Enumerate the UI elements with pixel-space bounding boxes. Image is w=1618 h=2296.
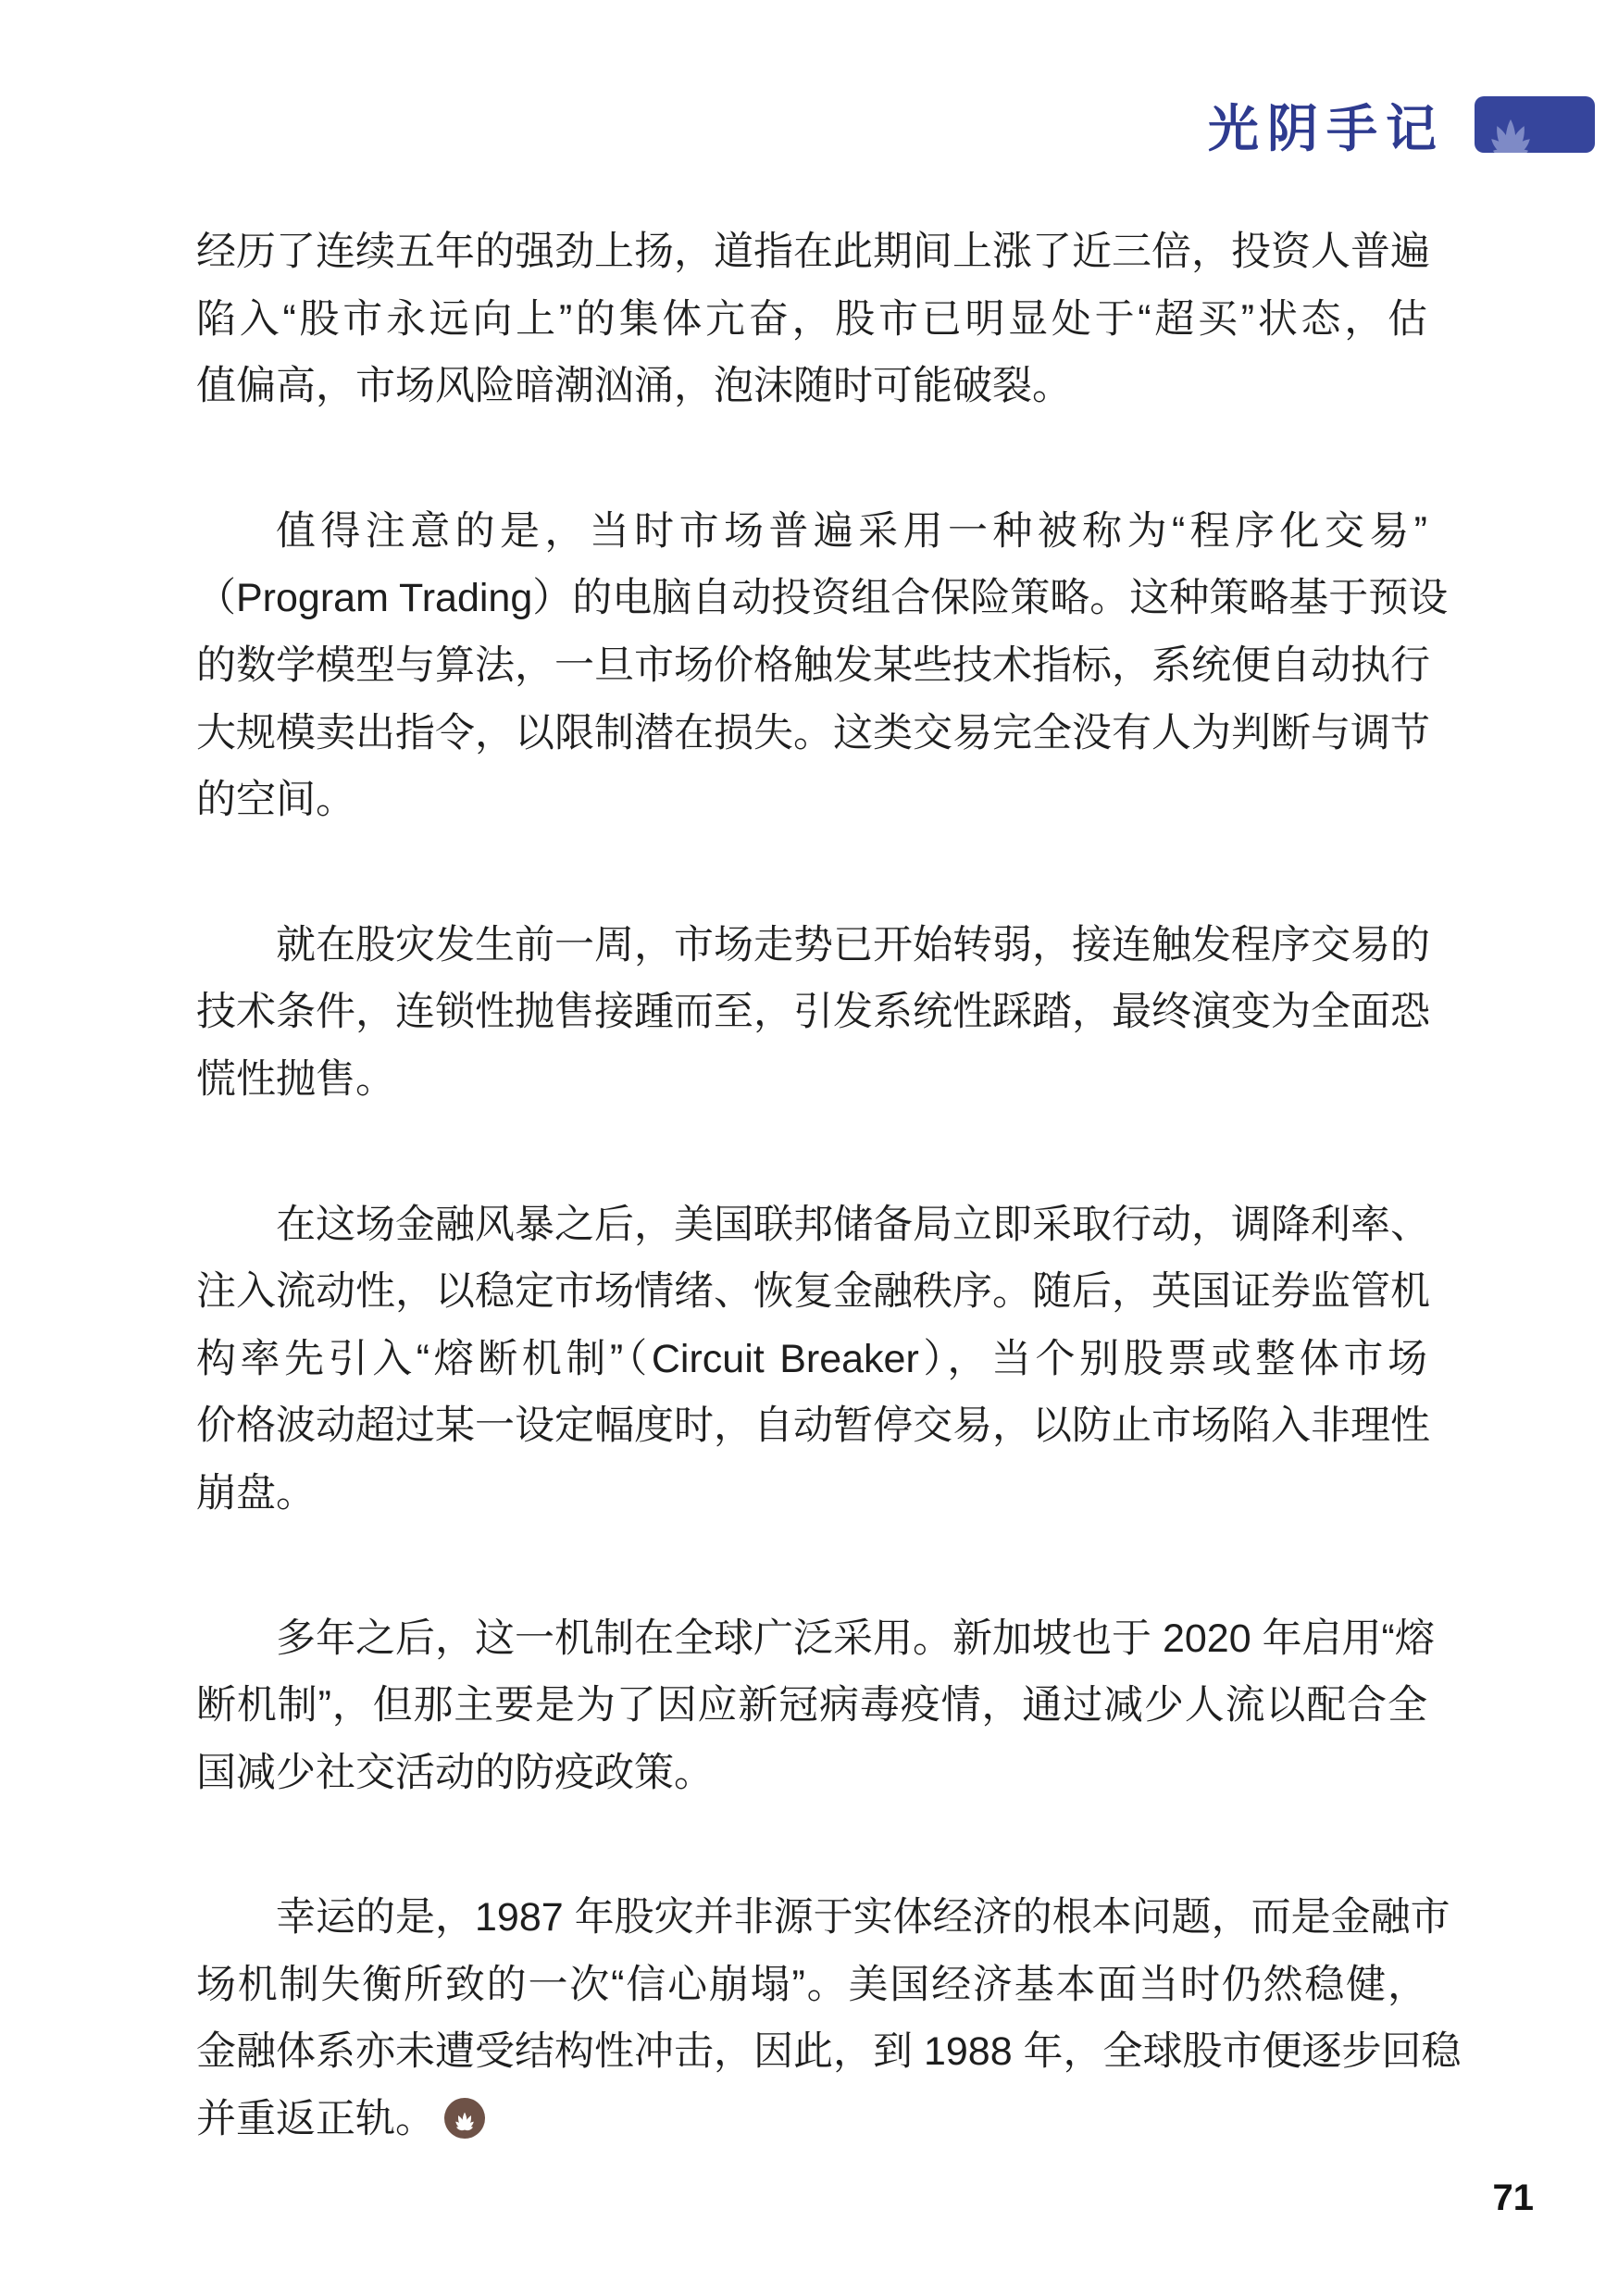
body-line: 陷入“股市永远向上”的集体亢奋，股市已明显处于“超买”状态，估 bbox=[196, 286, 1427, 354]
body-line-text: 多年之后，这一机制在全球广泛采用。新加坡也于 2020 年启用“熔 bbox=[276, 1616, 1435, 1661]
body-line-text: 陷入“股市永远向上”的集体亢奋，股市已明显处于“超买”状态，估 bbox=[196, 297, 1427, 342]
body-text: 经历了连续五年的强劲上扬，道指在此期间上涨了近三倍，投资人普遍陷入“股市永远向上… bbox=[196, 218, 1427, 2153]
body-line: 的数学模型与算法，一旦市场价格触发某些技术指标，系统便自动执行 bbox=[196, 632, 1427, 700]
body-line-text: 值偏高，市场风险暗潮汹涌，泡沫随时可能破裂。 bbox=[196, 364, 1072, 408]
body-line: 经历了连续五年的强劲上扬，道指在此期间上涨了近三倍，投资人普遍 bbox=[196, 218, 1427, 286]
body-line: 大规模卖出指令，以限制潜在损失。这类交易完全没有人为判断与调节 bbox=[196, 700, 1427, 767]
body-line: 幸运的是，1987 年股灾并非源于实体经济的根本问题，而是金融市 bbox=[196, 1884, 1427, 1952]
body-line-text: 断机制”，但那主要是为了因应新冠病毒疫情，通过减少人流以配合全 bbox=[196, 1683, 1427, 1728]
page-header-title: 光阴手记 bbox=[1208, 88, 1445, 161]
body-line-text: 值得注意的是，当时市场普遍采用一种被称为“程序化交易” bbox=[276, 509, 1427, 554]
body-line: 就在股灾发生前一周，市场走势已开始转弱，接连触发程序交易的 bbox=[196, 912, 1427, 980]
page-header: 光阴手记 bbox=[1208, 88, 1595, 161]
lotus-icon bbox=[1477, 103, 1544, 153]
body-line: 并重返正轨。 bbox=[196, 2086, 1427, 2153]
body-line: 的空间。 bbox=[196, 767, 1427, 834]
body-line-text: 大规模卖出指令，以限制潜在损失。这类交易完全没有人为判断与调节 bbox=[196, 711, 1430, 755]
body-line-text: 幸运的是，1987 年股灾并非源于实体经济的根本问题，而是金融市 bbox=[276, 1895, 1450, 1940]
body-line-text: 在这场金融风暴之后，美国联邦储备局立即采取行动，调降利率、 bbox=[276, 1203, 1430, 1247]
document-page: 光阴手记 经历了连续五年的强劲上扬，道指在此期间上涨了近三倍，投资人普遍陷入“股… bbox=[0, 0, 1618, 2296]
body-line-text: 并重返正轨。 bbox=[196, 2097, 435, 2141]
body-line-text: 就在股灾发生前一周，市场走势已开始转弱，接连触发程序交易的 bbox=[276, 923, 1430, 967]
body-line: 场机制失衡所致的一次“信心崩塌”。美国经济基本面当时仍然稳健， bbox=[196, 1952, 1427, 2019]
end-seal bbox=[444, 2098, 485, 2139]
body-line: 值得注意的是，当时市场普遍采用一种被称为“程序化交易” bbox=[196, 498, 1427, 566]
body-line-text: 的空间。 bbox=[196, 778, 355, 822]
body-line-text: 崩盘。 bbox=[196, 1471, 316, 1516]
body-line: 多年之后，这一机制在全球广泛采用。新加坡也于 2020 年启用“熔 bbox=[196, 1605, 1427, 1673]
paragraph: 在这场金融风暴之后，美国联邦储备局立即采取行动，调降利率、注入流动性，以稳定市场… bbox=[196, 1192, 1427, 1528]
body-line-text: 价格波动超过某一设定幅度时，自动暂停交易，以防止市场陷入非理性 bbox=[196, 1404, 1430, 1448]
body-line-text: 国减少社交活动的防疫政策。 bbox=[196, 1751, 714, 1795]
body-line: 慌性抛售。 bbox=[196, 1046, 1427, 1114]
paragraph: 多年之后，这一机制在全球广泛采用。新加坡也于 2020 年启用“熔断机制”，但那… bbox=[196, 1605, 1427, 1807]
body-line-text: 技术条件，连锁性抛售接踵而至，引发系统性踩踏，最终演变为全面恐 bbox=[196, 990, 1430, 1034]
body-line-text: 金融体系亦未遭受结构性冲击，因此，到 1988 年，全球股市便逐步回稳 bbox=[196, 2029, 1462, 2074]
paragraph: 经历了连续五年的强劲上扬，道指在此期间上涨了近三倍，投资人普遍陷入“股市永远向上… bbox=[196, 218, 1427, 420]
body-line: 注入流动性，以稳定市场情绪、恢复金融秩序。随后，英国证券监管机 bbox=[196, 1258, 1427, 1326]
body-line: 技术条件，连锁性抛售接踵而至，引发系统性踩踏，最终演变为全面恐 bbox=[196, 979, 1427, 1046]
body-line-text: （Program Trading）的电脑自动投资组合保险策略。这种策略基于预设 bbox=[196, 576, 1448, 620]
body-line: 价格波动超过某一设定幅度时，自动暂停交易，以防止市场陷入非理性 bbox=[196, 1392, 1427, 1460]
body-line-text: 构率先引入“熔断机制”（Circuit Breaker），当个别股票或整体市场 bbox=[196, 1337, 1427, 1381]
body-line-text: 经历了连续五年的强劲上扬，道指在此期间上涨了近三倍，投资人普遍 bbox=[196, 230, 1430, 274]
lotus-seal-icon bbox=[449, 2105, 480, 2133]
paragraph: 幸运的是，1987 年股灾并非源于实体经济的根本问题，而是金融市场机制失衡所致的… bbox=[196, 1884, 1427, 2152]
body-line: （Program Trading）的电脑自动投资组合保险策略。这种策略基于预设 bbox=[196, 565, 1427, 632]
body-line-text: 注入流动性，以稳定市场情绪、恢复金融秩序。随后，英国证券监管机 bbox=[196, 1269, 1430, 1314]
page-number: 71 bbox=[1493, 2177, 1535, 2219]
body-line: 崩盘。 bbox=[196, 1460, 1427, 1528]
body-line-text: 慌性抛售。 bbox=[196, 1057, 395, 1102]
body-line: 国减少社交活动的防疫政策。 bbox=[196, 1740, 1427, 1807]
body-line-text: 的数学模型与算法，一旦市场价格触发某些技术指标，系统便自动执行 bbox=[196, 643, 1430, 688]
body-line-text: 场机制失衡所致的一次“信心崩塌”。美国经济基本面当时仍然稳健， bbox=[196, 1963, 1427, 2007]
paragraph: 值得注意的是，当时市场普遍采用一种被称为“程序化交易”（Program Trad… bbox=[196, 498, 1427, 834]
body-line: 金融体系亦未遭受结构性冲击，因此，到 1988 年，全球股市便逐步回稳 bbox=[196, 2018, 1427, 2086]
body-line: 在这场金融风暴之后，美国联邦储备局立即采取行动，调降利率、 bbox=[196, 1192, 1427, 1259]
body-line: 值偏高，市场风险暗潮汹涌，泡沫随时可能破裂。 bbox=[196, 353, 1427, 420]
header-badge bbox=[1475, 96, 1595, 153]
body-line: 构率先引入“熔断机制”（Circuit Breaker），当个别股票或整体市场 bbox=[196, 1326, 1427, 1393]
body-line: 断机制”，但那主要是为了因应新冠病毒疫情，通过减少人流以配合全 bbox=[196, 1672, 1427, 1740]
paragraph: 就在股灾发生前一周，市场走势已开始转弱，接连触发程序交易的技术条件，连锁性抛售接… bbox=[196, 912, 1427, 1114]
